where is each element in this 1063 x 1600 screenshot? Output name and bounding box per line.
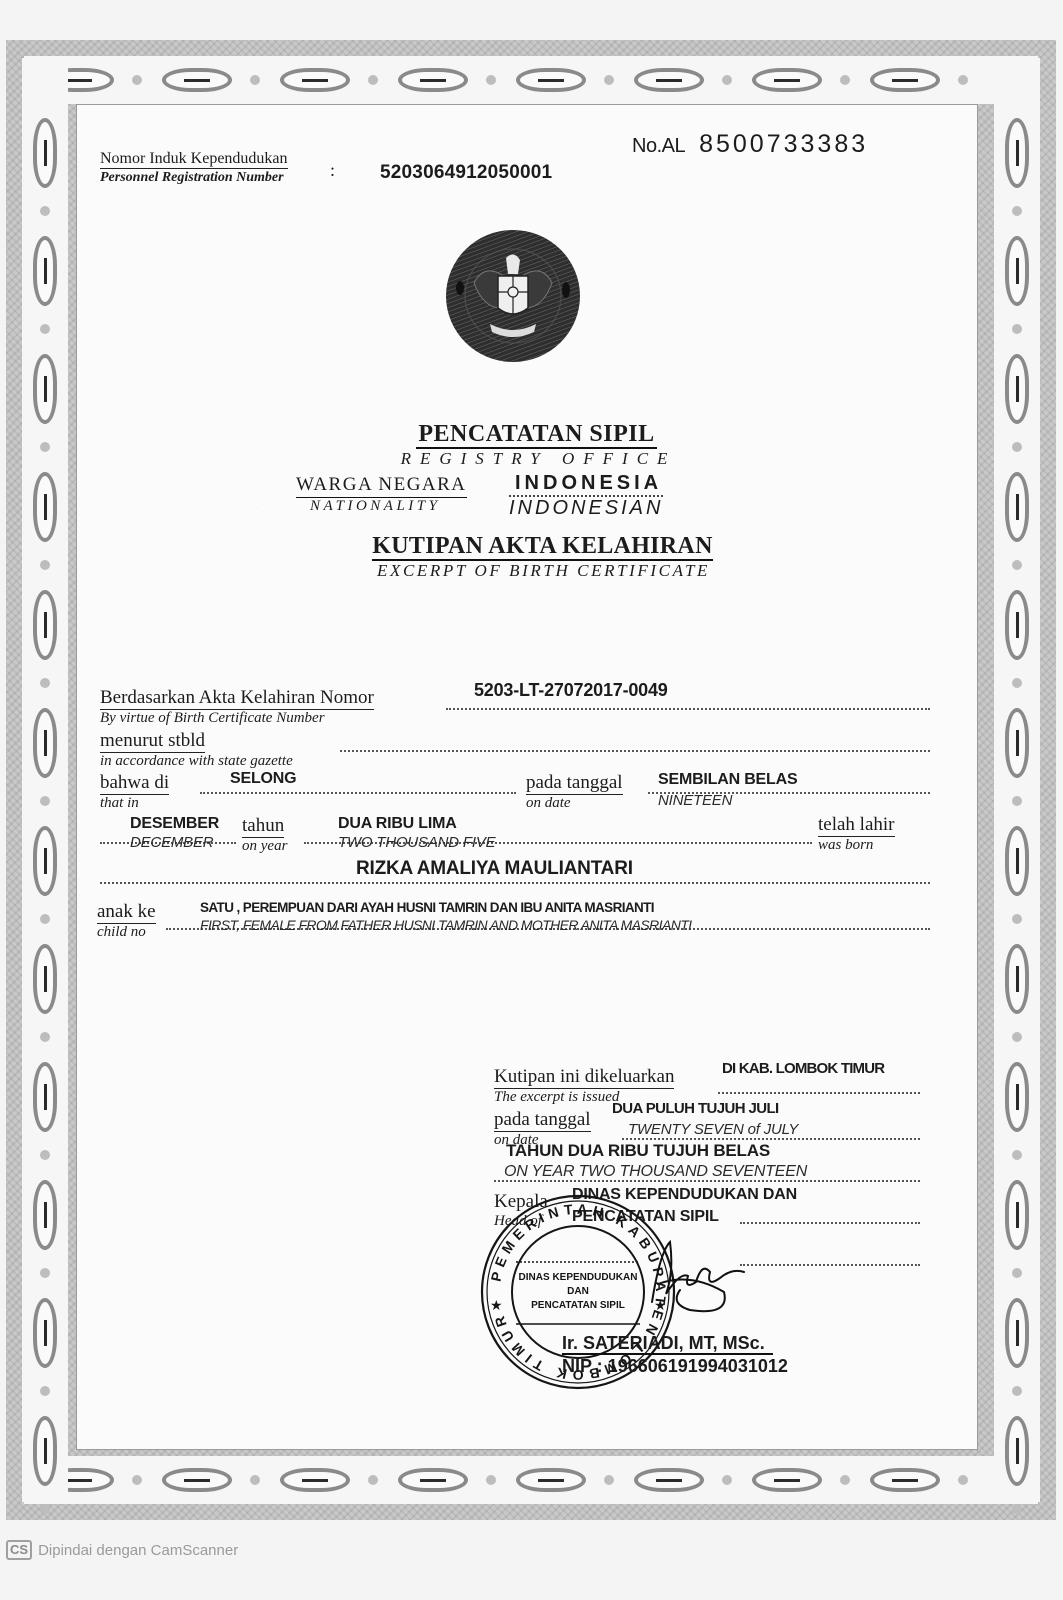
svg-text:DINAS KEPENDUDUKAN: DINAS KEPENDUDUKAN [519, 1272, 638, 1283]
registry-office-title: PENCATATAN SIPIL REGISTRY OFFICE [0, 422, 1063, 469]
nik-value: 5203064912050001 [380, 162, 552, 184]
border-motif [398, 1468, 468, 1492]
border-motif [162, 68, 232, 92]
border-dot [250, 75, 260, 85]
border-dot [132, 1475, 142, 1485]
nik-separator: : [330, 160, 335, 181]
border-dot [604, 75, 614, 85]
child-name-value: RIZKA AMALIYA MAULIANTARI [356, 858, 633, 880]
issued-date-label-id: pada tanggal [494, 1110, 591, 1132]
border-motif [516, 68, 586, 92]
was-born-label-en: was born [818, 837, 895, 854]
border-motif [398, 68, 468, 92]
border-dot [40, 1504, 50, 1514]
border-dot [40, 678, 50, 688]
child-order-label-id: anak ke [97, 902, 156, 924]
child-order-label-en: child no [97, 924, 156, 941]
border-motif [33, 118, 57, 188]
birth-date-value-en: NINETEEN [658, 792, 732, 809]
border-top-band [24, 56, 1038, 104]
border-motif [1005, 590, 1029, 660]
birth-year-label-en: on year [242, 838, 287, 855]
state-gazette-label-id: menurut stbld [100, 731, 205, 753]
nik-label-id: Nomor Induk Kependudukan [100, 150, 288, 169]
border-dot [1012, 324, 1022, 334]
border-motif [634, 68, 704, 92]
svg-text:★: ★ [490, 1299, 503, 1314]
border-motif [33, 354, 57, 424]
border-dot [1012, 678, 1022, 688]
nationality-value: INDONESIA INDONESIAN [515, 472, 663, 520]
border-motif [33, 708, 57, 778]
border-motif [1005, 944, 1029, 1014]
border-motif [870, 68, 940, 92]
border-dot [1012, 796, 1022, 806]
border-motif [1005, 1298, 1029, 1368]
birth-place-label-en: that in [100, 795, 169, 812]
certificate-number-dotted-line [446, 708, 930, 710]
certificate-number-label-id: Berdasarkan Akta Kelahiran Nomor [100, 688, 374, 710]
birth-place-dotted-line [200, 792, 516, 794]
border-motif [162, 1468, 232, 1492]
svg-text:DAN: DAN [567, 1286, 589, 1297]
camscanner-logo-icon: CS [6, 1540, 32, 1560]
birth-month-value-id: DESEMBER [130, 815, 219, 833]
issued-at-dotted-line [718, 1092, 920, 1094]
border-motif [1005, 1180, 1029, 1250]
state-gazette-label: menurut stbld in accordance with state g… [100, 731, 293, 769]
certificate-number-value: 5203-LT-27072017-0049 [474, 680, 668, 701]
border-motif [280, 68, 350, 92]
serial-prefix: No.AL [632, 135, 685, 157]
border-dot [486, 1475, 496, 1485]
border-motif [1005, 472, 1029, 542]
issued-date-dotted-line [622, 1138, 920, 1140]
nationality-label-en: NATIONALITY [310, 498, 467, 515]
camscanner-text: Dipindai dengan CamScanner [38, 1542, 238, 1559]
border-motif [752, 1468, 822, 1492]
border-motif [33, 1062, 57, 1132]
document-title-en: EXCERPT OF BIRTH CERTIFICATE [24, 561, 1063, 581]
border-motif [1005, 118, 1029, 188]
border-dot [40, 1150, 50, 1160]
birth-date-label-en: on date [526, 795, 623, 812]
border-dot [840, 1475, 850, 1485]
border-dot [40, 324, 50, 334]
border-dot [40, 796, 50, 806]
was-born-label-id: telah lahir [818, 815, 895, 837]
birth-year-label: tahun on year [242, 816, 287, 854]
border-dot [958, 1475, 968, 1485]
was-born-label: telah lahir was born [818, 815, 895, 853]
border-motif [870, 1468, 940, 1492]
border-dot [40, 1386, 50, 1396]
camscanner-watermark: CS Dipindai dengan CamScanner [6, 1540, 238, 1560]
border-dot [486, 75, 496, 85]
border-dot [1012, 914, 1022, 924]
border-motif [33, 590, 57, 660]
birth-year-label-id: tahun [242, 816, 284, 838]
border-dot [722, 1475, 732, 1485]
border-dot [604, 1475, 614, 1485]
child-order-value-id: SATU , PEREMPUAN DARI AYAH HUSNI TAMRIN … [200, 900, 654, 915]
state-gazette-dotted-line [340, 750, 930, 752]
signature-icon [640, 1232, 760, 1322]
border-motif [33, 944, 57, 1014]
issued-year-value-en: ON YEAR TWO THOUSAND SEVENTEEN [504, 1163, 807, 1181]
signature-dotted-line [740, 1264, 920, 1266]
border-dot [1012, 1032, 1022, 1042]
birth-date-value-id: SEMBILAN BELAS [658, 771, 797, 789]
border-dot [40, 1032, 50, 1042]
border-dot [958, 75, 968, 85]
border-dot [1012, 1386, 1022, 1396]
certificate-number-label-en: By virtue of Birth Certificate Number [100, 710, 374, 727]
nik-label-en: Personnel Registration Number [100, 170, 288, 186]
issued-at-value: DI KAB. LOMBOK TIMUR [722, 1060, 884, 1077]
child-order-value-en: FIRST, FEMALE FROM FATHER HUSNI TAMRIN A… [200, 917, 691, 933]
official-nip: NIP : 196606191994031012 [562, 1356, 788, 1377]
issued-year-value-id: TAHUN DUA RIBU TUJUH BELAS [506, 1141, 770, 1161]
nationality-value-id: INDONESIA [515, 472, 663, 495]
border-motif [634, 1468, 704, 1492]
border-dot [722, 75, 732, 85]
certificate-number-label: Berdasarkan Akta Kelahiran Nomor By virt… [100, 688, 374, 726]
border-dot [1012, 1504, 1022, 1514]
birth-place-label: bahwa di that in [100, 773, 169, 811]
nationality-value-en: INDONESIAN [509, 495, 663, 520]
border-dot [1012, 206, 1022, 216]
nationality-label-id: WARGA NEGARA [296, 474, 467, 498]
border-motif [516, 1468, 586, 1492]
issued-at-label-id: Kutipan ini dikeluarkan [494, 1067, 674, 1089]
border-motif [33, 1416, 57, 1486]
birth-place-value: SELONG [230, 770, 296, 788]
border-left-band [22, 58, 68, 1502]
border-dot [132, 75, 142, 85]
registry-title-id: PENCATATAN SIPIL [416, 422, 656, 449]
border-motif [33, 236, 57, 306]
border-dot [1012, 1268, 1022, 1278]
border-motif [33, 826, 57, 896]
border-dot [40, 914, 50, 924]
border-motif [1005, 236, 1029, 306]
border-dot [368, 1475, 378, 1485]
registry-title-en: REGISTRY OFFICE [14, 449, 1063, 469]
border-motif [33, 472, 57, 542]
garuda-emblem-icon [444, 228, 582, 364]
border-dot [250, 1475, 260, 1485]
birth-year-value-en: TWO THOUSAND FIVE [338, 834, 495, 851]
official-name: Ir. SATERIADI, MT, MSc. [562, 1334, 773, 1355]
birth-date-label: pada tanggal on date [526, 773, 623, 811]
border-motif [1005, 1416, 1029, 1486]
head-of-dotted-line [740, 1222, 920, 1224]
border-dot [40, 1268, 50, 1278]
border-dot [40, 206, 50, 216]
document-title: KUTIPAN AKTA KELAHIRAN EXCERPT OF BIRTH … [0, 534, 1063, 581]
issued-date-value-id: DUA PULUH TUJUH JULI [612, 1100, 779, 1117]
border-motif [1005, 708, 1029, 778]
border-dot [840, 75, 850, 85]
border-bottom-band [24, 1456, 1038, 1504]
document-title-id: KUTIPAN AKTA KELAHIRAN [372, 534, 712, 561]
border-motif [1005, 1062, 1029, 1132]
child-order-label: anak ke child no [97, 902, 156, 940]
issued-date-value-en: TWENTY SEVEN of JULY [628, 1121, 798, 1138]
nationality-label: WARGA NEGARA NATIONALITY [296, 474, 467, 515]
birth-month-value-en: DECEMBER [130, 834, 213, 851]
birth-date-label-id: pada tanggal [526, 773, 623, 795]
birth-year-value-id: DUA RIBU LIMA [338, 815, 457, 833]
border-motif [1005, 354, 1029, 424]
svg-text:PENCATATAN SIPIL: PENCATATAN SIPIL [531, 1300, 625, 1311]
serial-number: No.AL8500733383 [632, 130, 868, 159]
border-motif [1005, 826, 1029, 896]
birth-place-label-id: bahwa di [100, 773, 169, 795]
border-dot [368, 75, 378, 85]
border-motif [33, 1298, 57, 1368]
child-name-dotted-line [100, 882, 930, 884]
border-motif [280, 1468, 350, 1492]
nik-label: Nomor Induk Kependudukan Personnel Regis… [100, 150, 288, 186]
border-motif [33, 1180, 57, 1250]
border-dot [1012, 1150, 1022, 1160]
border-right-band [994, 58, 1040, 1502]
serial-value: 8500733383 [699, 130, 868, 158]
state-gazette-label-en: in accordance with state gazette [100, 753, 293, 770]
border-motif [752, 68, 822, 92]
